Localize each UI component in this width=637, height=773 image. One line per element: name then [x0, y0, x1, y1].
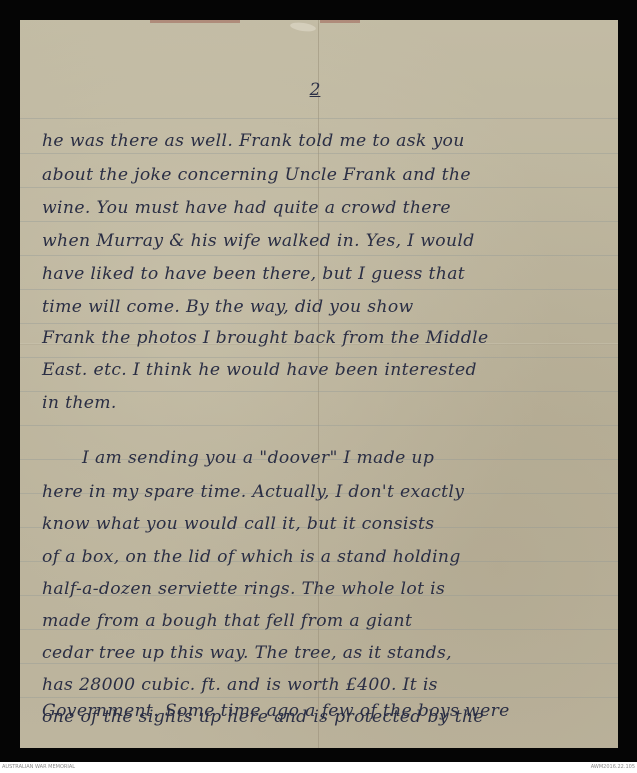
ruled-line	[20, 289, 618, 290]
text-line: has 28000 cubic. ft. and is worth £400. …	[42, 674, 612, 696]
text-line: of a box, on the lid of which is a stand…	[42, 546, 612, 568]
catalogue-id: AWM2016.22.105	[591, 762, 635, 773]
text-line: about the joke concerning Uncle Frank an…	[42, 164, 612, 186]
ruled-line	[20, 323, 618, 324]
archive-footer: AUSTRALIAN WAR MEMORIAL AWM2016.22.105	[0, 762, 637, 773]
text-line: I am sending you a "doover" I made up	[82, 447, 618, 469]
ruled-line	[20, 425, 618, 426]
text-line: know what you would call it, but it cons…	[42, 513, 612, 535]
ruled-line	[20, 187, 618, 188]
ruled-line	[20, 357, 618, 358]
text-line: time will come. By the way, did you show	[42, 296, 612, 318]
text-line: half-a-dozen serviette rings. The whole …	[42, 578, 612, 600]
paper-stain	[150, 20, 240, 23]
text-line: East. etc. I think he would have been in…	[42, 359, 612, 381]
text-line: here in my spare time. Actually, I don't…	[42, 481, 612, 503]
letter-page: 2 he was there as well. Frank told me to…	[20, 20, 618, 748]
text-line: Frank the photos I brought back from the…	[42, 327, 612, 349]
ruled-line	[20, 153, 618, 154]
text-line: cedar tree up this way. The tree, as it …	[42, 642, 612, 664]
text-line: in them.	[42, 392, 612, 414]
text-line: have liked to have been there, but I gue…	[42, 263, 612, 285]
text-line: made from a bough that fell from a giant	[42, 610, 612, 632]
page-number: 2	[300, 80, 330, 100]
text-line: Government. Some time ago a few of the b…	[42, 700, 612, 722]
institution-label: AUSTRALIAN WAR MEMORIAL	[2, 762, 75, 773]
text-line: when Murray & his wife walked in. Yes, I…	[42, 230, 612, 252]
ruled-line	[20, 255, 618, 256]
paper-tear	[290, 21, 317, 33]
ruled-line	[20, 697, 618, 698]
text-line: wine. You must have had quite a crowd th…	[42, 197, 612, 219]
ruled-line	[20, 118, 618, 119]
paper-stain	[320, 20, 360, 23]
ruled-line	[20, 221, 618, 222]
scan-background: 2 he was there as well. Frank told me to…	[0, 0, 637, 762]
text-line: he was there as well. Frank told me to a…	[42, 130, 612, 152]
